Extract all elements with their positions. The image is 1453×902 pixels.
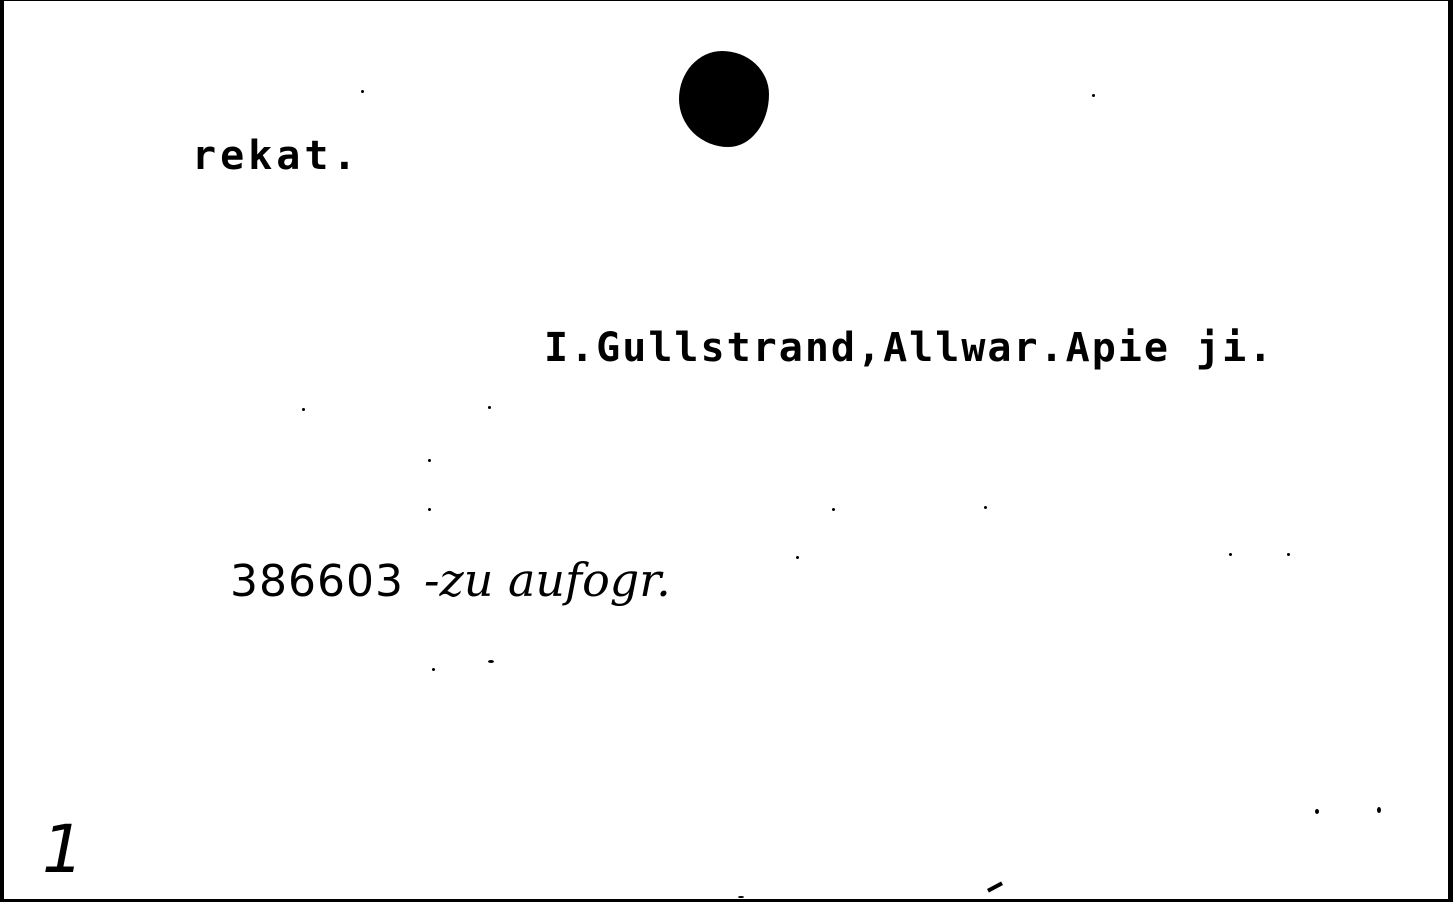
call-number-line: 386603-zu aufogr.: [230, 553, 671, 607]
scan-speck: [428, 508, 431, 511]
scan-speck: [738, 896, 744, 898]
card-index-number: 1: [42, 811, 84, 888]
call-number: 386603: [230, 556, 404, 607]
scan-speck: [432, 668, 435, 671]
scan-mark: [987, 881, 1003, 892]
scan-speck: [1377, 807, 1381, 813]
scan-speck: [984, 506, 987, 509]
scan-speck: [1287, 553, 1290, 556]
scan-speck: [302, 408, 305, 411]
scan-speck: [1315, 809, 1319, 814]
punch-hole: [679, 51, 769, 147]
scan-speck: [488, 660, 494, 663]
author-line: I.Gullstrand,Allwar.Apie ji.: [544, 325, 1274, 371]
heading-fragment: rekat.: [192, 133, 361, 179]
scan-speck: [361, 90, 364, 93]
scan-speck: [1229, 553, 1232, 556]
handwritten-note: -zu aufogr.: [424, 553, 671, 607]
scan-speck: [428, 459, 431, 462]
index-card: rekat. I.Gullstrand,Allwar.Apie ji. 3866…: [0, 0, 1453, 902]
scan-speck: [488, 406, 491, 409]
scan-speck: [1092, 94, 1095, 97]
scan-speck: [832, 508, 835, 511]
scan-speck: [796, 556, 799, 559]
